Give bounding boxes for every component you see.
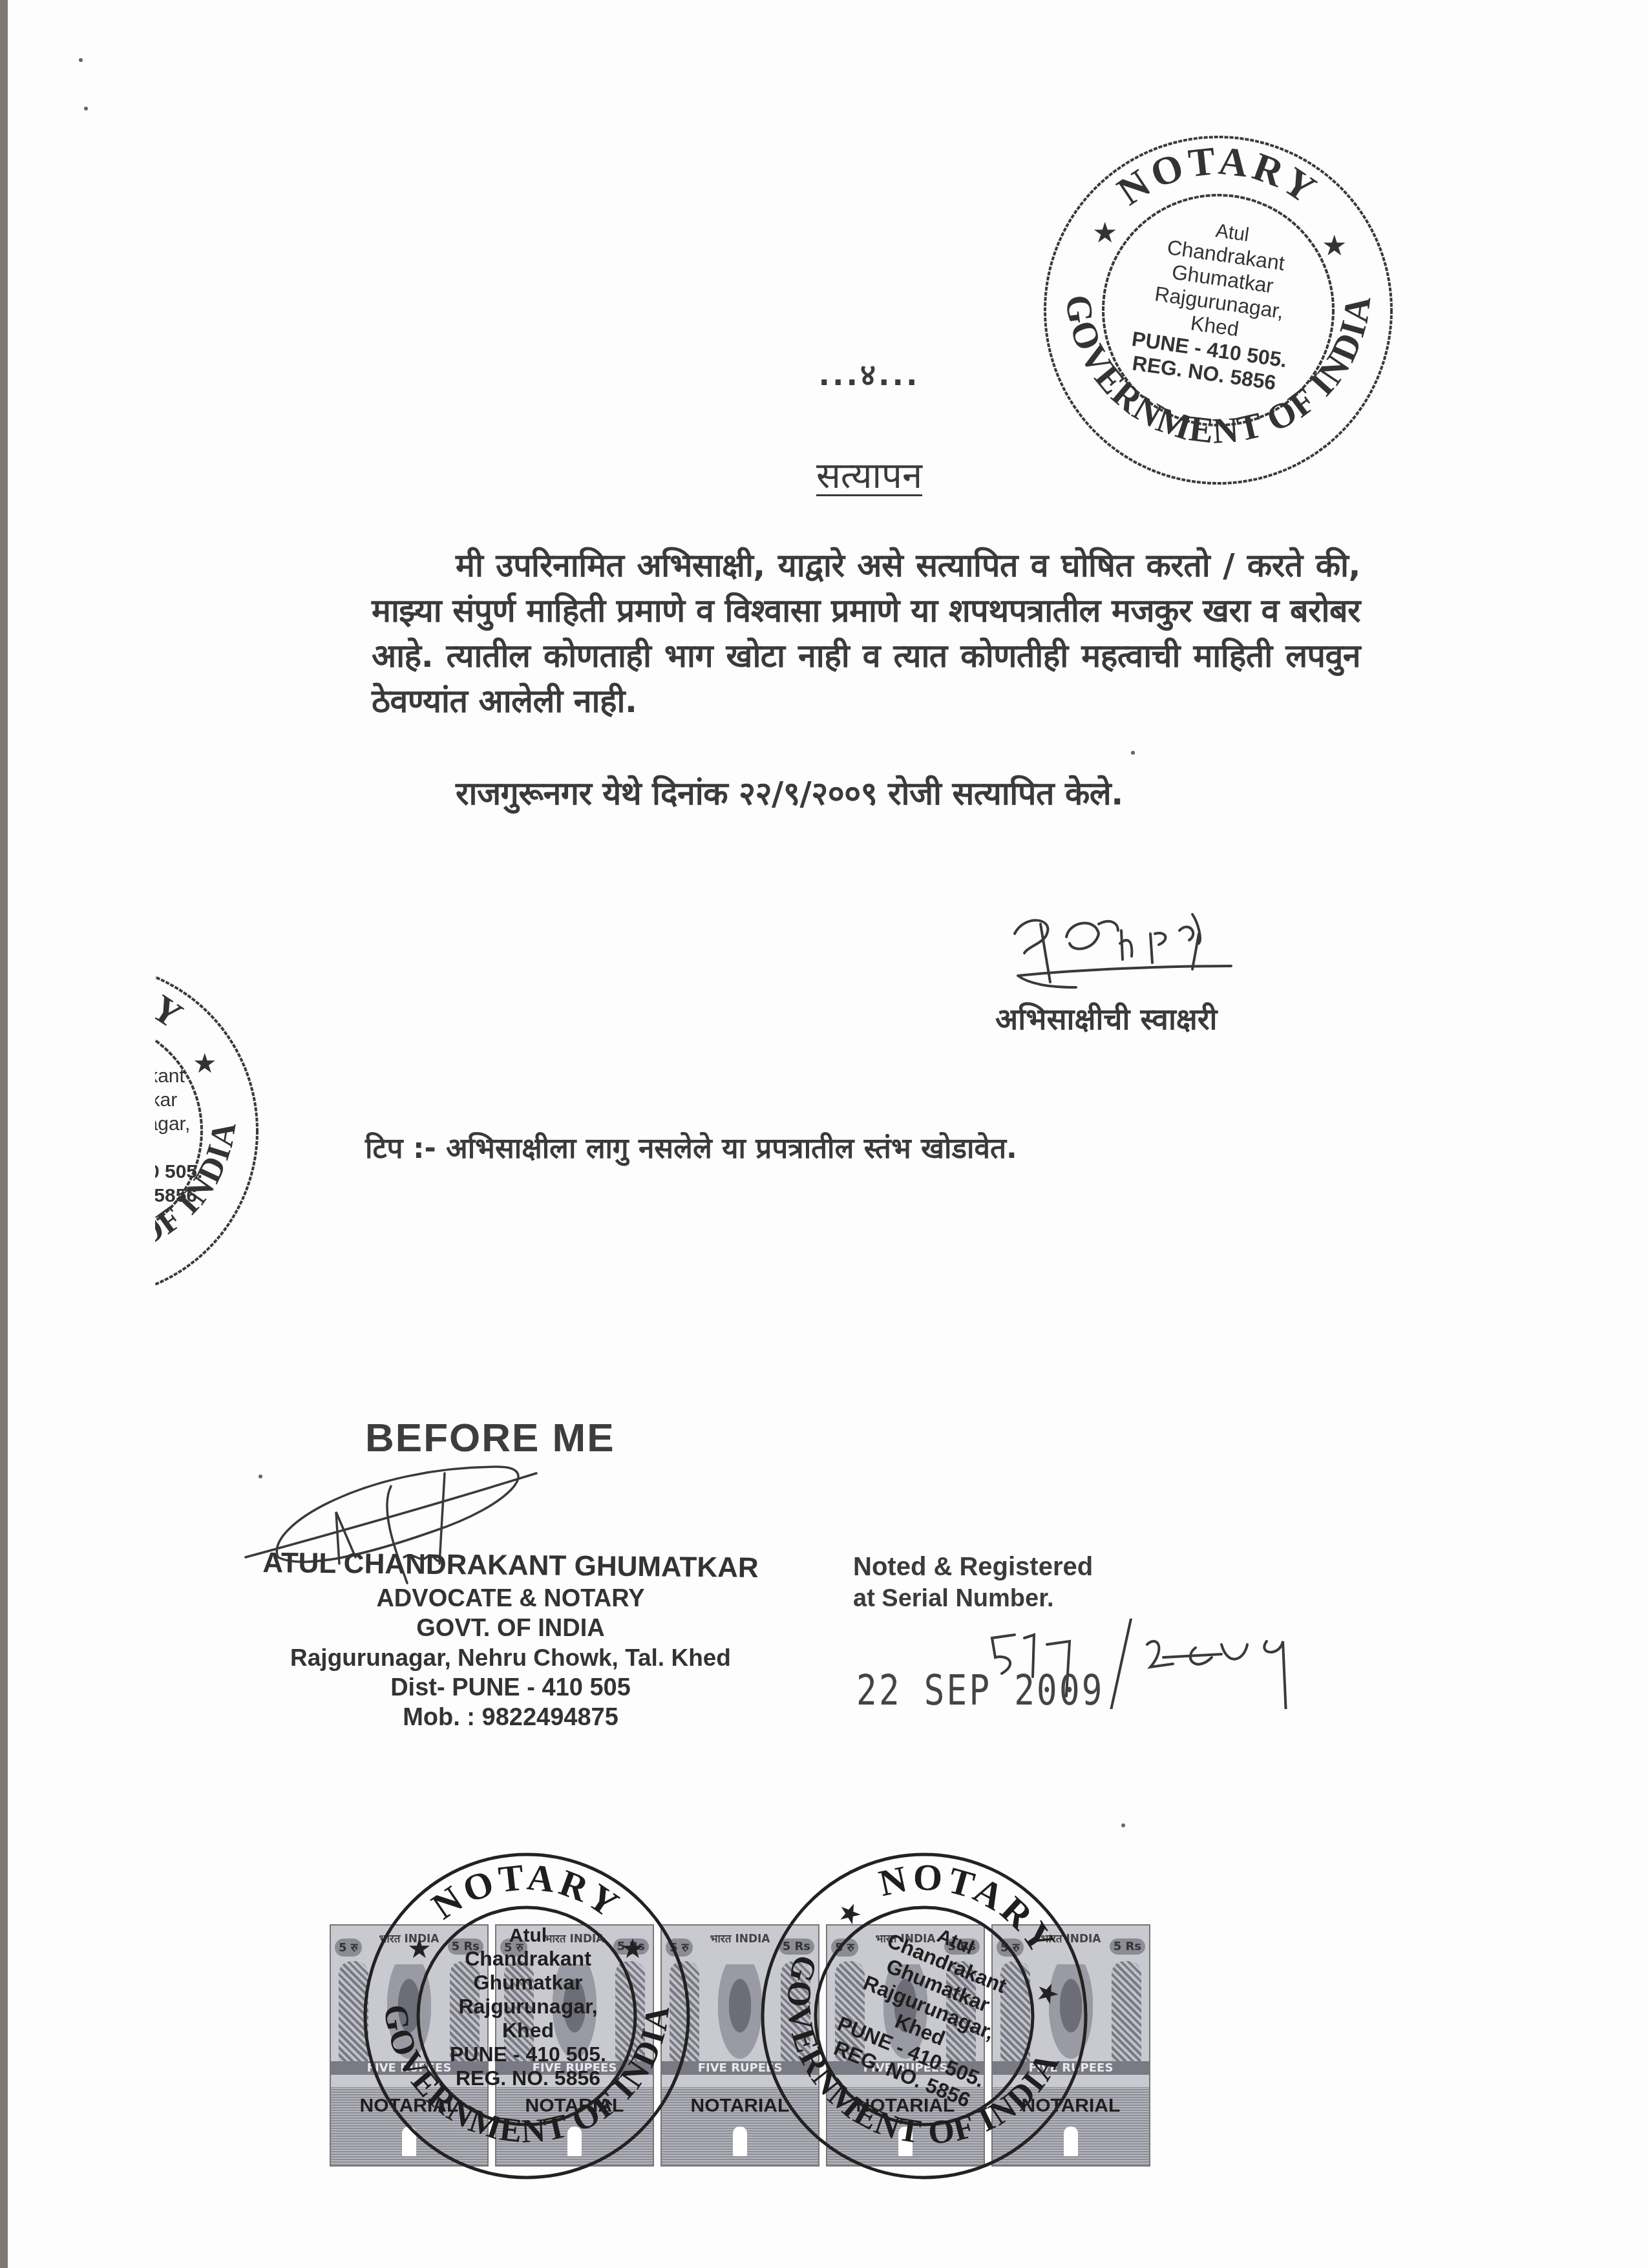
scan-speck [1121,1823,1125,1827]
svg-text:NOTARY: NOTARY [0,967,193,1038]
svg-text:NOTARY: NOTARY [1110,139,1326,214]
svg-text:Rajgurunagar,: Rajgurunagar, [458,1995,597,2018]
svg-text:Khed: Khed [502,2019,554,2042]
registration-line-2: at Serial Number. [853,1583,1093,1614]
registration-line-1: Noted & Registered [853,1551,1093,1583]
page-number: ...४... [795,354,944,394]
svg-text:Chandrakant: Chandrakant [465,1947,591,1970]
notary-address: Rajgurunagar, Nehru Chowk, Tal. Khed [233,1643,788,1673]
scan-edge [0,0,8,2268]
star-icon: ★ [1092,216,1117,249]
star-icon: ★ [1030,1974,1064,2013]
notary-title: ADVOCATE & NOTARY [233,1584,788,1613]
svg-text:GOVERNMENT OF INDIA: GOVERNMENT OF INDIA [0,1118,244,1265]
registration-stamp: Noted & Registered at Serial Number. [853,1551,1093,1614]
notary-district: Dist- PUNE - 410 505 [233,1673,788,1703]
notary-seal-bottom-left: NOTARY GOVERNMENT OF INDIA ★ ★ Atul Chan… [359,1848,695,2184]
star-icon: ★ [193,1047,217,1079]
svg-text:Rajgurunagar,: Rajgurunagar, [69,1113,190,1135]
emblem-icon [733,2126,747,2156]
scan-speck [259,1475,262,1478]
date-stamp: 22 SEP 2009 [856,1667,1104,1715]
scan-speck [1131,751,1135,755]
deponent-signature-label: अभिसाक्षीची स्वाक्षरी [995,998,1218,1038]
star-icon: ★ [407,1933,432,1964]
verification-paragraph: मी उपरिनामित अभिसाक्षी, याद्वारे असे सत्… [372,543,1360,724]
svg-text:NOTARY: NOTARY [424,1856,629,1927]
star-icon: ★ [1322,229,1347,262]
notary-seal-bottom-right: NOTARY GOVERNMENT OF INDIA ★ ★ Atul Chan… [756,1848,1092,2184]
notary-details: ATUL CHANDRAKANT GHUMATKAR ADVOCATE & NO… [233,1548,788,1732]
svg-text:PUNE - 410 505.: PUNE - 410 505. [56,1161,203,1182]
svg-text:Atul: Atul [509,1925,547,1946]
notary-seal-top: NOTARY GOVERNMENT OF INDIA ★ ★ Atul Chan… [1037,129,1399,491]
svg-text:REG. NO. 5856: REG. NO. 5856 [61,1185,197,1206]
scan-speck [84,107,88,110]
notary-govt: GOVT. OF INDIA [233,1613,788,1643]
star-icon: ★ [620,1933,645,1964]
svg-text:Ghumatkar: Ghumatkar [81,1089,177,1111]
svg-text:PUNE - 410 505.: PUNE - 410 505. [450,2042,606,2066]
svg-text:Ghumatkar: Ghumatkar [474,1971,583,1994]
note-text: टिप :- अभिसाक्षीला लागु नसलेले या प्रपत्… [365,1128,1017,1166]
verification-date-line: राजगुरूनगर येथे दिनांक २२/९/२००९ रोजी सत… [456,770,1123,814]
page-title: सत्यापन [776,450,963,499]
svg-text:REG. NO. 5856: REG. NO. 5856 [456,2066,600,2090]
notary-name: ATUL CHANDRAKANT GHUMATKAR [233,1544,789,1586]
notary-seal-partial-left: NOTARY GOVERNMENT OF INDIA ★ Chandrakant… [0,956,265,1305]
notary-mobile: Mob. : 9822494875 [233,1703,788,1732]
svg-text:Chandrakant: Chandrakant [74,1066,185,1087]
deponent-signature [1005,905,1276,989]
scan-speck [79,58,83,62]
